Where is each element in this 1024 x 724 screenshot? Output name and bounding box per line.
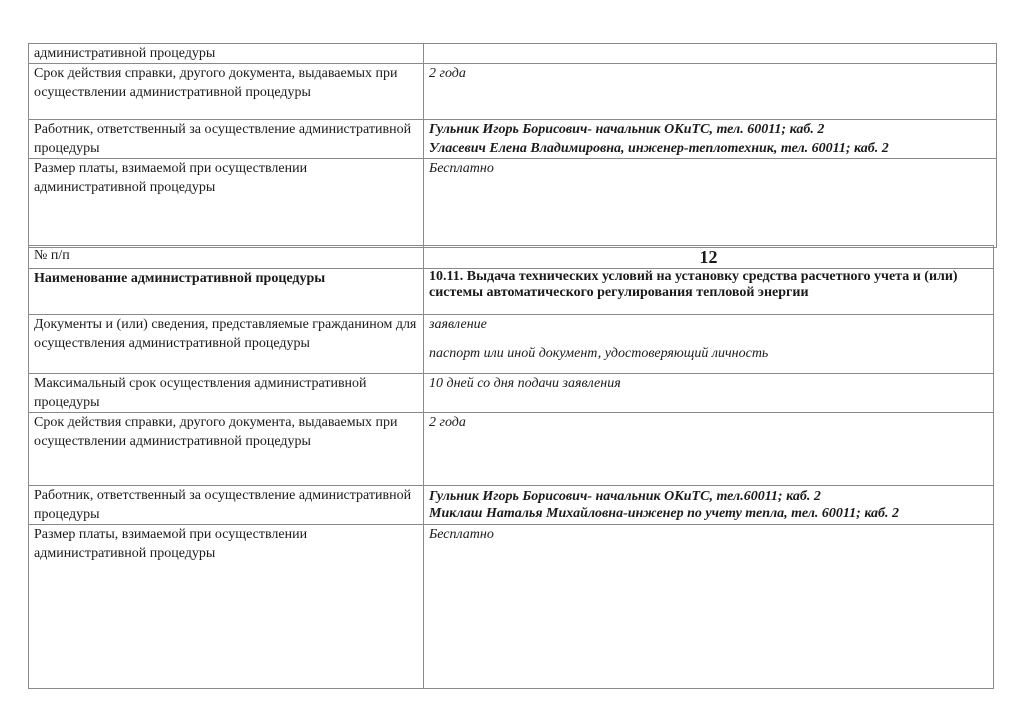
fee-label: Размер платы, взимаемой при осуществлени… — [29, 525, 424, 689]
table-row: Максимальный срок осуществления админист… — [29, 374, 994, 413]
validity-value: 2 года — [424, 413, 994, 486]
table-row: Размер платы, взимаемой при осуществлени… — [29, 159, 997, 248]
table-row: административной процедуры — [29, 44, 997, 64]
fee-value: Бесплатно — [424, 525, 994, 689]
max-term-value: 10 дней со дня подачи заявления — [424, 374, 994, 413]
responsible-person: Гульник Игорь Борисович- начальник ОКиТС… — [429, 120, 991, 139]
max-term-label: Максимальный срок осуществления админист… — [29, 374, 424, 413]
row-label: административной процедуры — [29, 44, 424, 64]
table-row: Работник, ответственный за осуществление… — [29, 120, 997, 159]
responsible-value: Гульник Игорь Борисович- начальник ОКиТС… — [424, 486, 994, 525]
validity-label: Срок действия справки, другого документа… — [29, 64, 424, 120]
required-document: паспорт или иной документ, удостоверяющи… — [429, 344, 988, 363]
responsible-label: Работник, ответственный за осуществление… — [29, 120, 424, 159]
upper-procedure-table: административной процедуры Срок действия… — [28, 43, 997, 248]
table-row: Наименование административной процедуры … — [29, 269, 994, 315]
required-document: заявление — [429, 315, 988, 334]
procedure-name: 10.11. Выдача технических условий на уст… — [424, 269, 994, 315]
number-label: № п/п — [29, 246, 424, 269]
responsible-person: Гульник Игорь Борисович- начальник ОКиТС… — [429, 488, 988, 505]
fee-label: Размер платы, взимаемой при осуществлени… — [29, 159, 424, 248]
procedure-number: 12 — [424, 246, 994, 269]
table-row: Работник, ответственный за осуществление… — [29, 486, 994, 525]
name-label: Наименование административной процедуры — [29, 269, 424, 315]
fee-value: Бесплатно — [424, 159, 997, 248]
table-row: Документы и (или) сведения, представляем… — [29, 315, 994, 374]
table-row: Срок действия справки, другого документа… — [29, 64, 997, 120]
table-row: № п/п 12 — [29, 246, 994, 269]
table-row: Размер платы, взимаемой при осуществлени… — [29, 525, 994, 689]
responsible-label: Работник, ответственный за осуществление… — [29, 486, 424, 525]
table-row: Срок действия справки, другого документа… — [29, 413, 994, 486]
row-value — [424, 44, 997, 64]
docs-label: Документы и (или) сведения, представляем… — [29, 315, 424, 374]
procedure-12-table: № п/п 12 Наименование административной п… — [28, 245, 994, 689]
docs-value: заявление паспорт или иной документ, удо… — [424, 315, 994, 374]
validity-label: Срок действия справки, другого документа… — [29, 413, 424, 486]
responsible-value: Гульник Игорь Борисович- начальник ОКиТС… — [424, 120, 997, 159]
responsible-person: Уласевич Елена Владимировна, инженер-теп… — [429, 139, 991, 158]
validity-value: 2 года — [424, 64, 997, 120]
responsible-person: Миклаш Наталья Михайловна-инженер по уче… — [429, 505, 988, 522]
